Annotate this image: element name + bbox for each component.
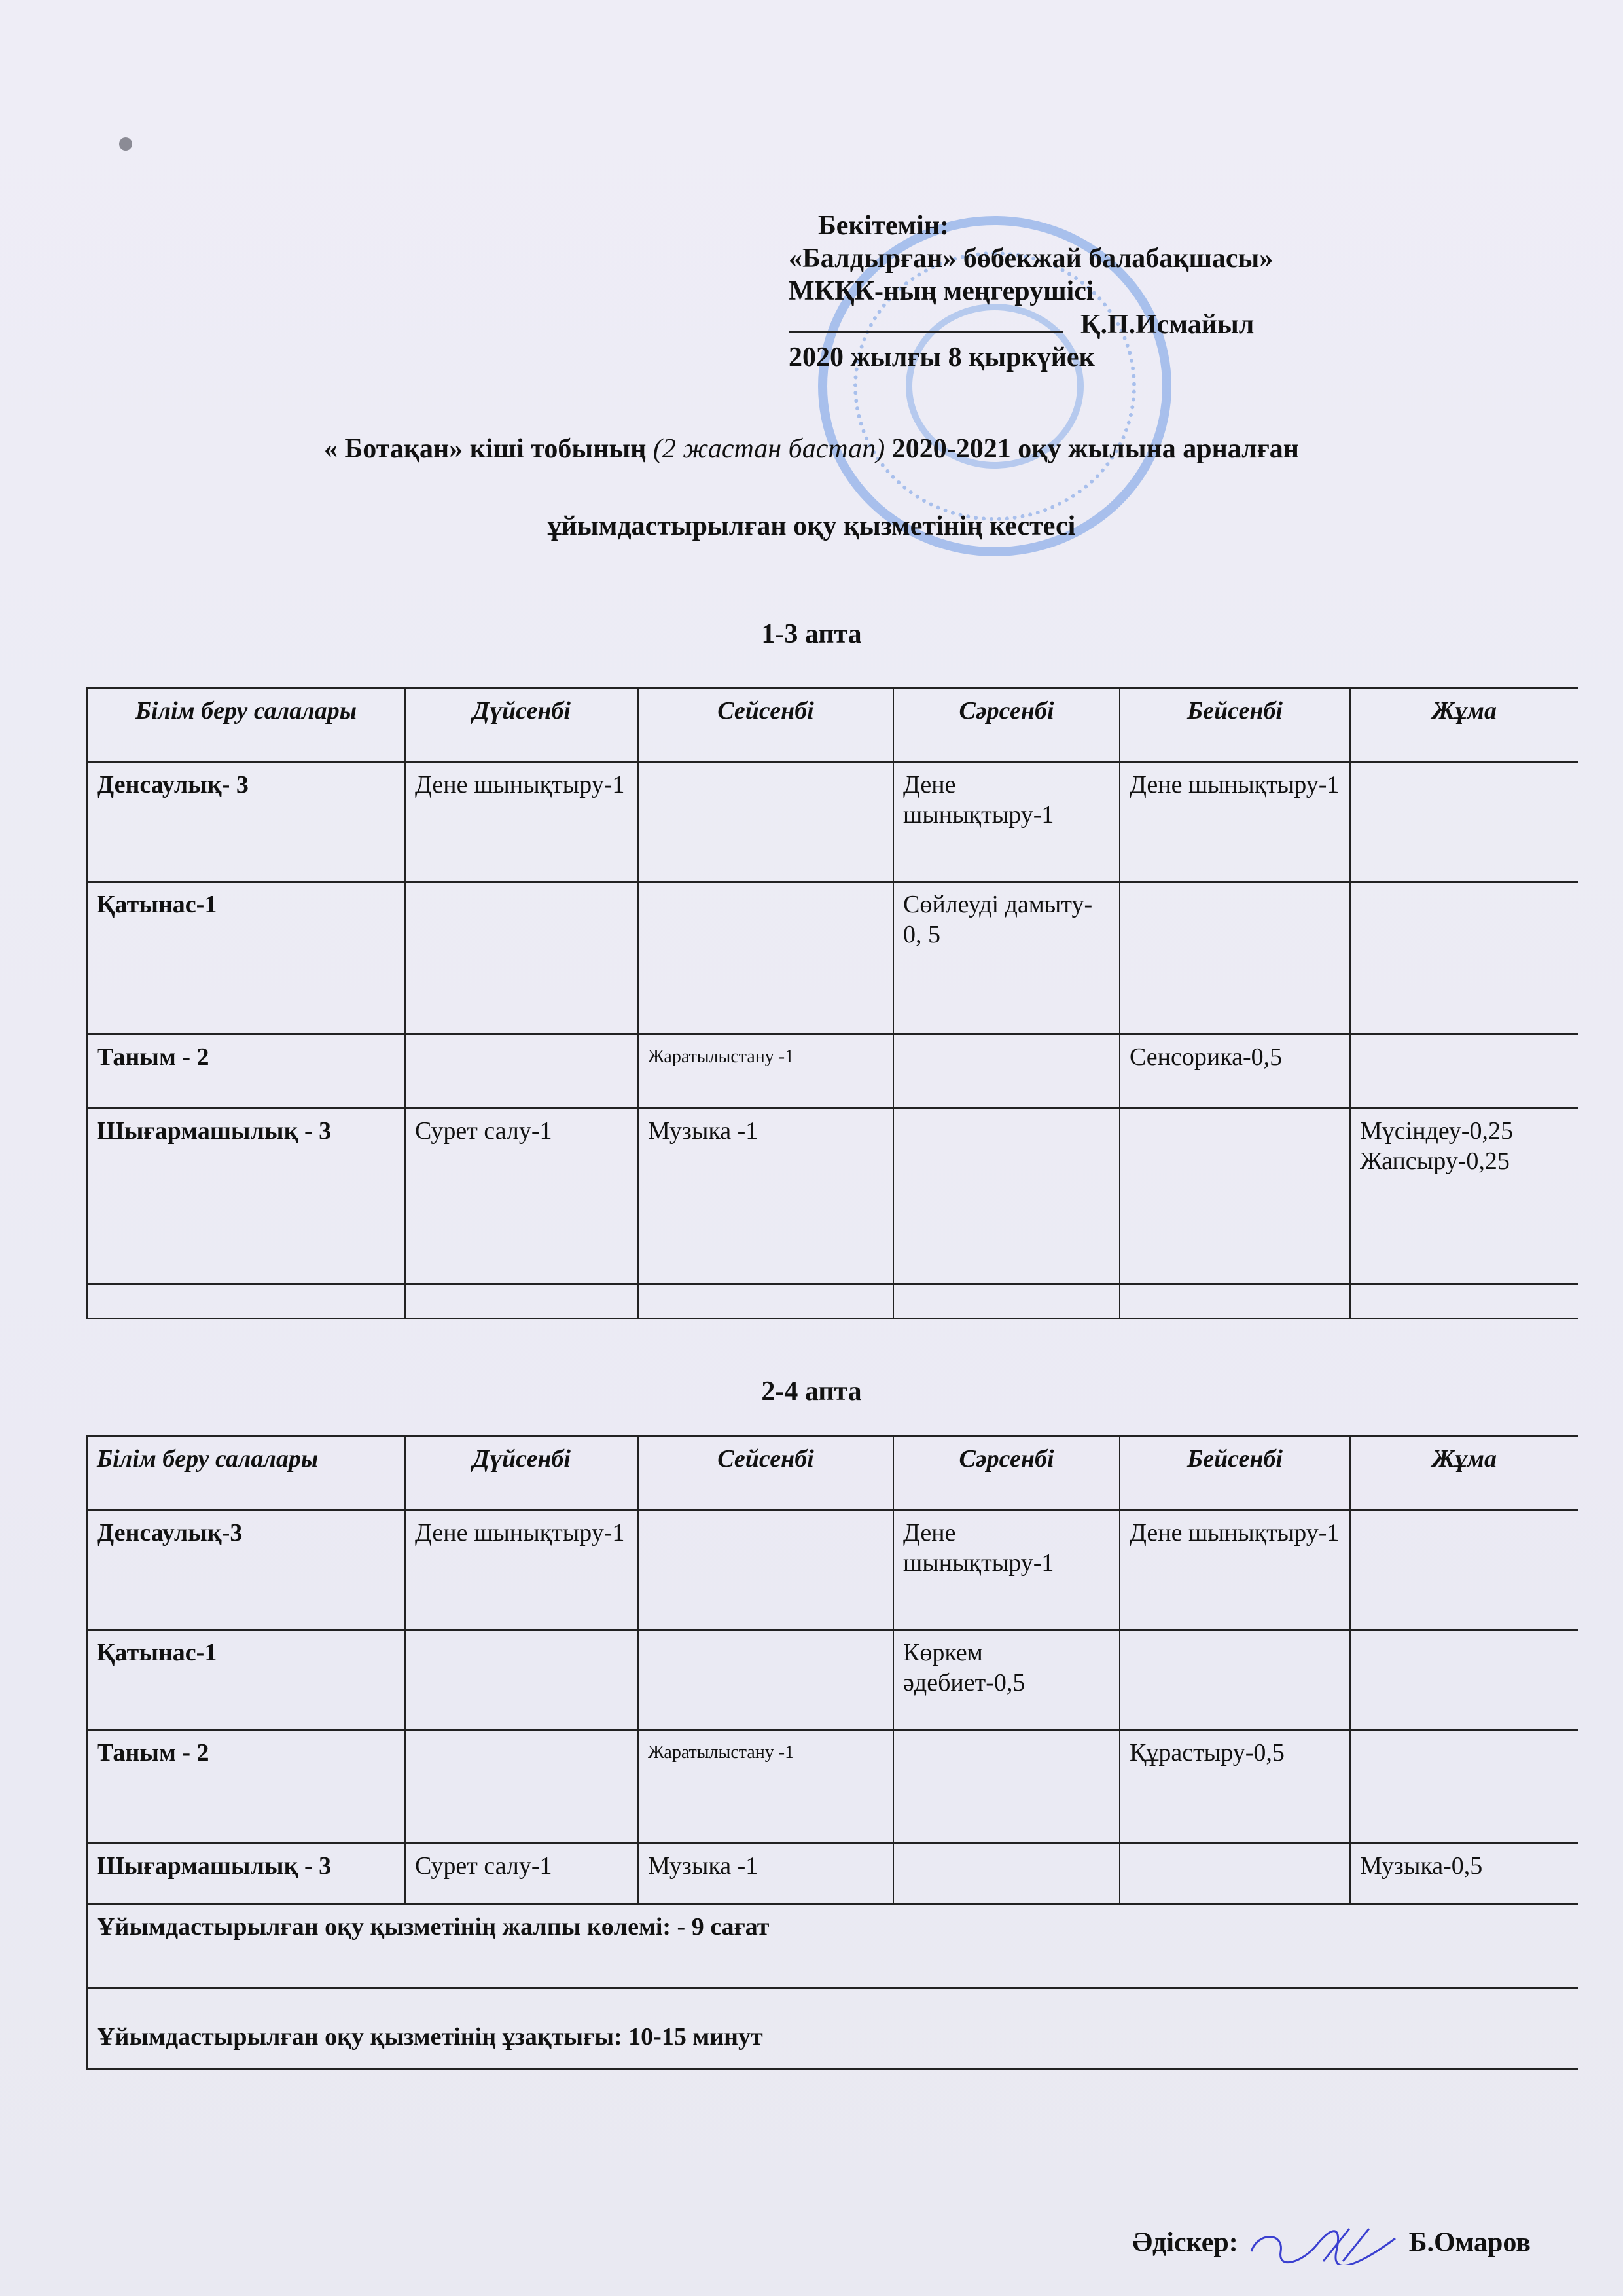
lesson-cell xyxy=(893,1284,1120,1319)
methodologist-signoff: Әдіскер: Б.Омаров xyxy=(1132,2225,1531,2265)
approval-org: «Балдырған» бөбекжай балабақшасы» xyxy=(789,242,1273,275)
approval-heading: Бекітемін: xyxy=(789,209,1273,242)
table-row: Шығармашылық - 3Сурет салу-1Музыка -1Муз… xyxy=(87,1844,1578,1905)
lesson-cell xyxy=(1350,1511,1578,1630)
table-row: Қатынас-1Көркем әдебиет-0,5 xyxy=(87,1630,1578,1731)
lesson-cell: Жаратылыстану -1 xyxy=(638,1035,893,1109)
table-header-row: Білім беру салалары Дүйсенбі Сейсенбі Сә… xyxy=(87,689,1578,762)
lesson-cell xyxy=(1350,1630,1578,1731)
lesson-cell xyxy=(1350,882,1578,1035)
table-header-row: Білім беру салалары Дүйсенбі Сейсенбі Сә… xyxy=(87,1437,1578,1511)
education-area-cell: Шығармашылық - 3 xyxy=(87,1109,405,1284)
title-part2: 2020-2021 оқу жылына арналған xyxy=(885,434,1299,464)
table-row: Денсаулық- 3Дене шынықтыру-1Дене шынықты… xyxy=(87,762,1578,882)
week1-label: 1-3 апта xyxy=(0,619,1623,650)
lesson-cell: Музыка -1 xyxy=(638,1109,893,1284)
lesson-cell xyxy=(405,1630,638,1731)
lesson-cell xyxy=(638,1511,893,1630)
title-age-note: (2 жастан бастап) xyxy=(653,434,885,464)
approval-block: Бекітемін: «Балдырған» бөбекжай балабақш… xyxy=(789,209,1273,374)
lesson-cell: Көркем әдебиет-0,5 xyxy=(893,1630,1120,1731)
lesson-cell xyxy=(405,1731,638,1844)
lesson-cell xyxy=(1120,1284,1350,1319)
signature-line xyxy=(789,308,1063,333)
education-area-cell: Қатынас-1 xyxy=(87,882,405,1035)
methodologist-name: Б.Омаров xyxy=(1409,2228,1531,2258)
week1-schedule-table: Білім беру салалары Дүйсенбі Сейсенбі Сә… xyxy=(86,687,1578,1319)
lesson-cell: Құрастыру-0,5 xyxy=(1120,1731,1350,1844)
education-area-cell: Денсаулық- 3 xyxy=(87,762,405,882)
header-areas: Білім беру салалары xyxy=(87,689,405,762)
header-thursday: Бейсенбі xyxy=(1120,1437,1350,1511)
lesson-cell xyxy=(638,1630,893,1731)
lesson-cell: Музыка -1 xyxy=(638,1844,893,1905)
header-monday: Дүйсенбі xyxy=(405,689,638,762)
approval-position: МКҚК-ның меңгерушісі xyxy=(789,275,1273,308)
summary-row: Ұйымдастырылған оқу қызметінің жалпы көл… xyxy=(87,1905,1578,1988)
table-row: Таным - 2Жаратылыстану -1Құрастыру-0,5 xyxy=(87,1731,1578,1844)
lesson-cell: Сурет салу-1 xyxy=(405,1844,638,1905)
lesson-cell xyxy=(1120,1630,1350,1731)
signature-icon xyxy=(1245,2225,1402,2265)
table-row: Қатынас-1Сөйлеуді дамыту- 0, 5 xyxy=(87,882,1578,1035)
lesson-cell xyxy=(1350,762,1578,882)
header-friday: Жұма xyxy=(1350,689,1578,762)
document-title: « Ботақан» кіші тобының (2 жастан бастап… xyxy=(0,433,1623,465)
lesson-cell xyxy=(893,1109,1120,1284)
lesson-cell xyxy=(893,1035,1120,1109)
header-thursday: Бейсенбі xyxy=(1120,689,1350,762)
education-area-cell: Шығармашылық - 3 xyxy=(87,1844,405,1905)
table-row: Денсаулық-3Дене шынықтыру-1Дене шынықтыр… xyxy=(87,1511,1578,1630)
lesson-cell xyxy=(1120,1109,1350,1284)
lesson-cell xyxy=(638,762,893,882)
lesson-cell: Музыка-0,5 xyxy=(1350,1844,1578,1905)
lesson-cell: Сенсорика-0,5 xyxy=(1120,1035,1350,1109)
lesson-cell: Сурет салу-1 xyxy=(405,1109,638,1284)
duration-cell: Ұйымдастырылған оқу қызметінің ұзақтығы:… xyxy=(87,1988,1578,2069)
approval-date: 2020 жылғы 8 қыркүйек xyxy=(789,341,1273,374)
lesson-cell: Мүсіндеу-0,25 Жапсыру-0,25 xyxy=(1350,1109,1578,1284)
lesson-cell xyxy=(1350,1035,1578,1109)
scan-speck xyxy=(119,137,132,151)
lesson-cell: Дене шынықтыру-1 xyxy=(1120,762,1350,882)
lesson-cell xyxy=(405,882,638,1035)
header-tuesday: Сейсенбі xyxy=(638,1437,893,1511)
lesson-cell xyxy=(638,1284,893,1319)
lesson-cell xyxy=(1350,1284,1578,1319)
education-area-cell: Қатынас-1 xyxy=(87,1630,405,1731)
table-row: Шығармашылық - 3Сурет салу-1Музыка -1Мүс… xyxy=(87,1109,1578,1284)
approval-signature-row: Қ.П.Исмайыл xyxy=(789,308,1273,341)
week2-schedule-table: Білім беру салалары Дүйсенбі Сейсенбі Сә… xyxy=(86,1435,1578,2070)
approval-signer: Қ.П.Исмайыл xyxy=(1080,310,1254,340)
lesson-cell xyxy=(893,1844,1120,1905)
education-area-cell xyxy=(87,1284,405,1319)
education-area-cell: Денсаулық-3 xyxy=(87,1511,405,1630)
summary-row: Ұйымдастырылған оқу қызметінің ұзақтығы:… xyxy=(87,1988,1578,2069)
education-area-cell: Таным - 2 xyxy=(87,1035,405,1109)
document-subtitle: ұйымдастырылған оқу қызметінің кестесі xyxy=(0,511,1623,542)
table-row xyxy=(87,1284,1578,1319)
lesson-cell xyxy=(405,1284,638,1319)
lesson-cell xyxy=(1120,1844,1350,1905)
lesson-cell: Дене шынықтыру-1 xyxy=(893,762,1120,882)
lesson-cell: Жаратылыстану -1 xyxy=(638,1731,893,1844)
lesson-cell: Дене шынықтыру-1 xyxy=(893,1511,1120,1630)
header-areas: Білім беру салалары xyxy=(87,1437,405,1511)
education-area-cell: Таным - 2 xyxy=(87,1731,405,1844)
lesson-cell: Сөйлеуді дамыту- 0, 5 xyxy=(893,882,1120,1035)
lesson-cell xyxy=(1120,882,1350,1035)
lesson-cell: Дене шынықтыру-1 xyxy=(1120,1511,1350,1630)
lesson-cell xyxy=(893,1731,1120,1844)
header-wednesday: Сәрсенбі xyxy=(893,689,1120,762)
header-wednesday: Сәрсенбі xyxy=(893,1437,1120,1511)
lesson-cell xyxy=(405,1035,638,1109)
total-volume-cell: Ұйымдастырылған оқу қызметінің жалпы көл… xyxy=(87,1905,1578,1988)
table-row: Таным - 2Жаратылыстану -1Сенсорика-0,5 xyxy=(87,1035,1578,1109)
lesson-cell: Дене шынықтыру-1 xyxy=(405,1511,638,1630)
lesson-cell xyxy=(1350,1731,1578,1844)
methodologist-role: Әдіскер: xyxy=(1132,2228,1238,2258)
title-part1: « Ботақан» кіші тобының xyxy=(324,434,653,464)
lesson-cell: Дене шынықтыру-1 xyxy=(405,762,638,882)
header-friday: Жұма xyxy=(1350,1437,1578,1511)
header-monday: Дүйсенбі xyxy=(405,1437,638,1511)
header-tuesday: Сейсенбі xyxy=(638,689,893,762)
week2-label: 2-4 апта xyxy=(0,1376,1623,1407)
lesson-cell xyxy=(638,882,893,1035)
